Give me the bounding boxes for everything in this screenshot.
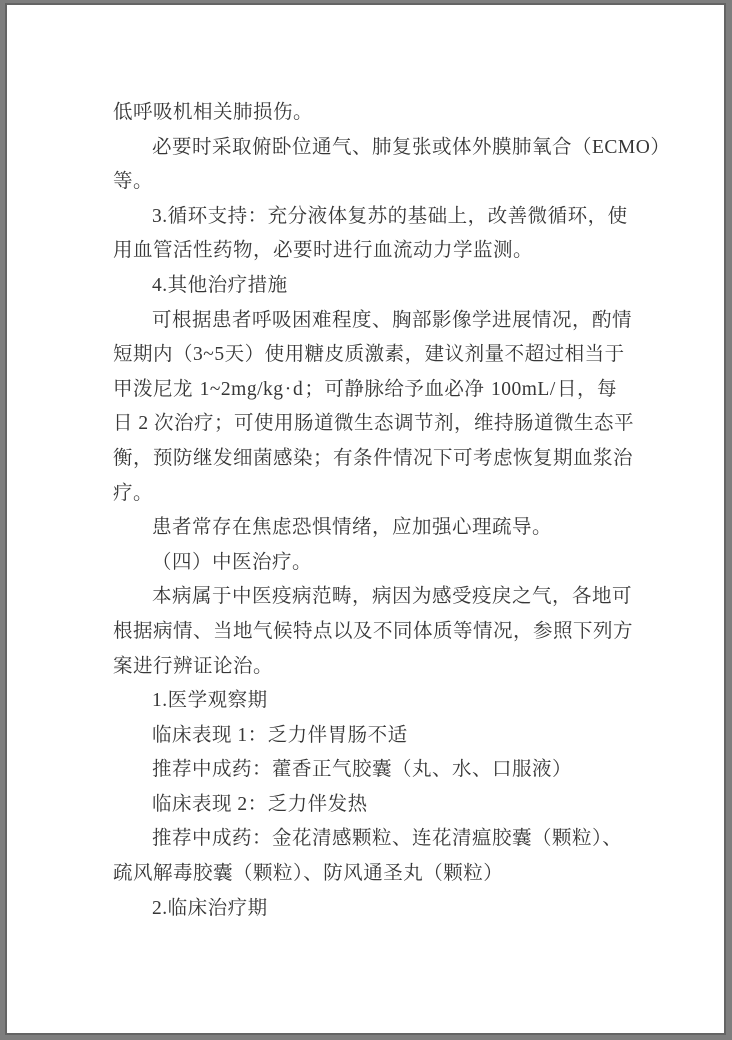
text-line: 推荐中成药：金花清感颗粒、连花清瘟胶囊（颗粒）、 — [113, 822, 617, 857]
text-line: 推荐中成药：藿香正气胶囊（丸、水、口服液） — [113, 753, 617, 788]
text-line: 4.其他治疗措施 — [113, 269, 617, 304]
text-line: 临床表现 2：乏力伴发热 — [113, 788, 617, 823]
text-line: 1.医学观察期 — [113, 684, 617, 719]
scan-background: 低呼吸机相关肺损伤。必要时采取俯卧位通气、肺复张或体外膜肺氧合（ECMO）等。3… — [0, 0, 732, 1040]
text-line: 根据病情、当地气候特点以及不同体质等情况，参照下列方 — [113, 615, 617, 650]
text-line: （四）中医治疗。 — [113, 546, 617, 581]
text-line: 2.临床治疗期 — [113, 892, 617, 927]
text-line: 等。 — [113, 165, 617, 200]
text-line: 必要时采取俯卧位通气、肺复张或体外膜肺氧合（ECMO） — [113, 131, 617, 166]
text-line: 案进行辨证论治。 — [113, 650, 617, 685]
text-line: 临床表现 1：乏力伴胃肠不适 — [113, 719, 617, 754]
text-line: 短期内（3~5天）使用糖皮质激素，建议剂量不超过相当于 — [113, 338, 617, 373]
document-page: 低呼吸机相关肺损伤。必要时采取俯卧位通气、肺复张或体外膜肺氧合（ECMO）等。3… — [7, 5, 724, 1033]
text-line: 患者常存在焦虑恐惧情绪，应加强心理疏导。 — [113, 511, 617, 546]
text-line: 甲泼尼龙 1~2mg/kg·d；可静脉给予血必净 100mL/日，每 — [113, 373, 617, 408]
text-line: 疗。 — [113, 477, 617, 512]
text-line: 3.循环支持：充分液体复苏的基础上，改善微循环，使 — [113, 200, 617, 235]
text-line: 用血管活性药物，必要时进行血流动力学监测。 — [113, 234, 617, 269]
text-line: 疏风解毒胶囊（颗粒）、防风通圣丸（颗粒） — [113, 857, 617, 892]
text-line: 衡，预防继发细菌感染；有条件情况下可考虑恢复期血浆治 — [113, 442, 617, 477]
text-line: 本病属于中医疫病范畴，病因为感受疫戾之气，各地可 — [113, 580, 617, 615]
text-line: 日 2 次治疗；可使用肠道微生态调节剂，维持肠道微生态平 — [113, 407, 617, 442]
text-line: 可根据患者呼吸困难程度、胸部影像学进展情况，酌情 — [113, 304, 617, 339]
screenshot-root: { "document": { "kind": "scanned-text-pa… — [0, 0, 732, 1040]
document-text: 低呼吸机相关肺损伤。必要时采取俯卧位通气、肺复张或体外膜肺氧合（ECMO）等。3… — [113, 96, 617, 926]
text-line: 低呼吸机相关肺损伤。 — [113, 96, 617, 131]
